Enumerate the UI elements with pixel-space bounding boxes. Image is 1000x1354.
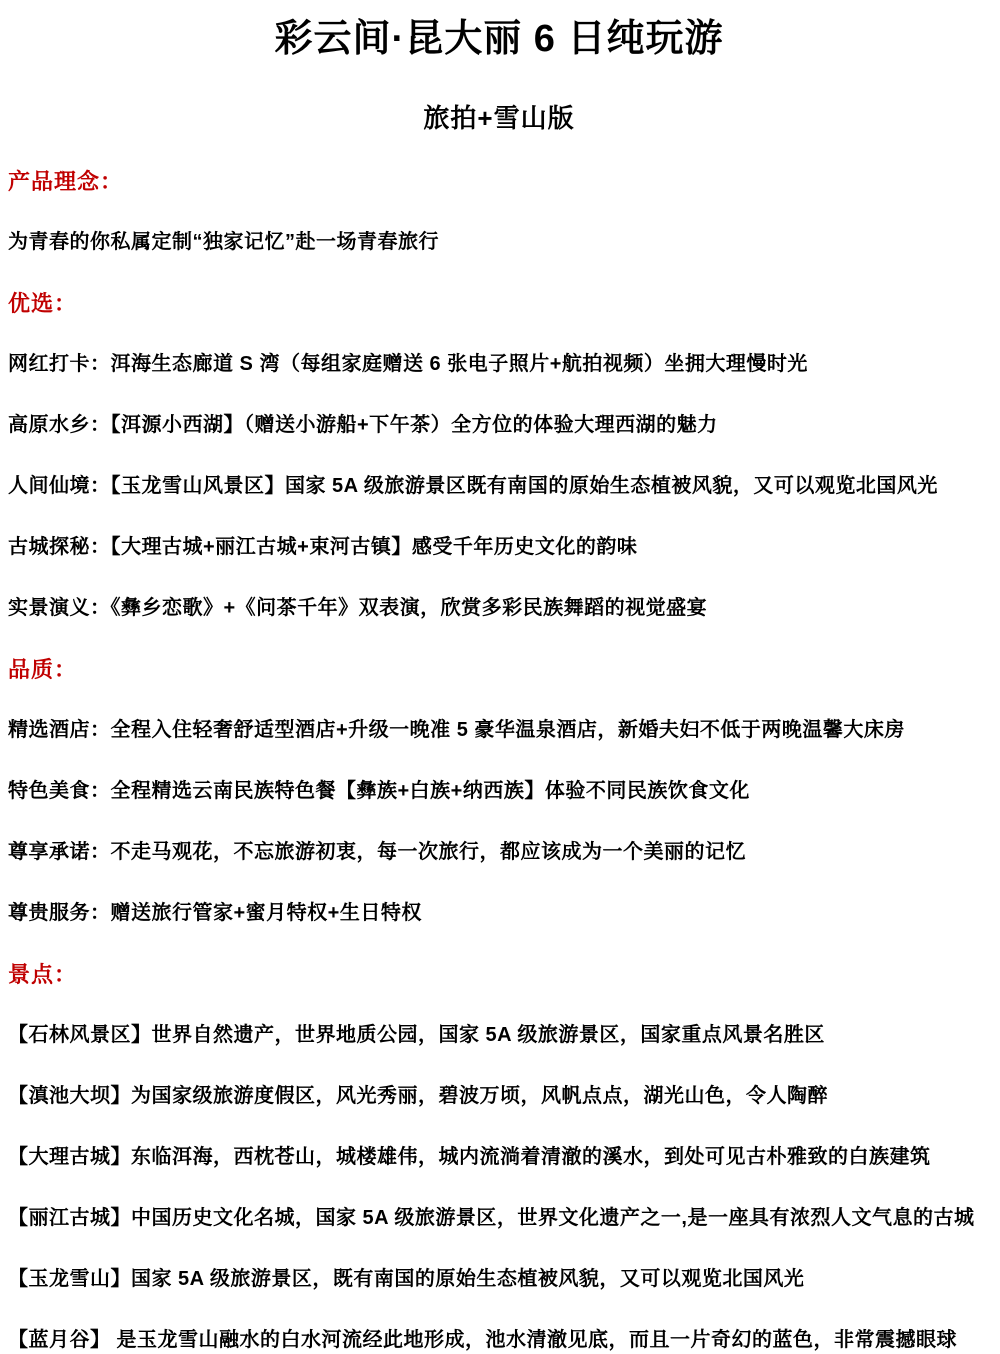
travel-itinerary-document: 彩云间·昆大丽 6 日纯玩游 旅拍+雪山版 产品理念： 为青春的你私属定制“独家… [0, 16, 1000, 1354]
paragraph-food: 特色美食：全程精选云南民族特色餐【彝族+白族+纳西族】体验不同民族饮食文化 [8, 778, 990, 805]
section-heading-attractions: 景点： [8, 961, 990, 988]
paragraph-concept: 为青春的你私属定制“独家记忆”赴一场青春旅行 [8, 229, 990, 256]
paragraph-stone-forest: 【石林风景区】世界自然遗产，世界地质公园，国家 5A 级旅游景区，国家重点风景名… [8, 1022, 990, 1049]
page-title: 彩云间·昆大丽 6 日纯玩游 [8, 16, 990, 62]
paragraph-lijiang-old-town: 【丽江古城】中国历史文化名城，国家 5A 级旅游景区，世界文化遗产之一,是一座具… [8, 1205, 990, 1232]
paragraph-jade-dragon-snow-mountain: 【玉龙雪山】国家 5A 级旅游景区，既有南国的原始生态植被风貌，又可以观览北国风… [8, 1266, 990, 1293]
paragraph-blue-moon-valley: 【蓝月谷】 是玉龙雪山融水的白水河流经此地形成，池水清澈见底，而且一片奇幻的蓝色… [8, 1327, 990, 1354]
section-heading-product-concept: 产品理念： [8, 168, 990, 195]
paragraph-dianchi-dam: 【滇池大坝】为国家级旅游度假区，风光秀丽，碧波万顷，风帆点点，湖光山色，令人陶醉 [8, 1083, 990, 1110]
paragraph-ancient-towns: 古城探秘：【大理古城+丽江古城+束河古镇】感受千年历史文化的韵味 [8, 534, 990, 561]
paragraph-live-shows: 实景演义：《彝乡恋歌》+《问茶千年》双表演，欣赏多彩民族舞蹈的视觉盛宴 [8, 595, 990, 622]
paragraph-vip-service: 尊贵服务：赠送旅行管家+蜜月特权+生日特权 [8, 900, 990, 927]
section-highlights: 优选： 网红打卡：洱海生态廊道 S 湾（每组家庭赠送 6 张电子照片+航拍视频）… [8, 290, 990, 622]
paragraph-promise: 尊享承诺：不走马观花，不忘旅游初衷，每一次旅行，都应该成为一个美丽的记忆 [8, 839, 990, 866]
paragraph-hotels: 精选酒店：全程入住轻奢舒适型酒店+升级一晚准 5 豪华温泉酒店，新婚夫妇不低于两… [8, 717, 990, 744]
section-heading-quality: 品质： [8, 656, 990, 683]
paragraph-water-town: 高原水乡：【洱源小西湖】（赠送小游船+下午茶）全方位的体验大理西湖的魅力 [8, 412, 990, 439]
section-product-concept: 产品理念： 为青春的你私属定制“独家记忆”赴一场青春旅行 [8, 168, 990, 256]
page-subtitle: 旅拍+雪山版 [8, 102, 990, 134]
paragraph-dali-old-town: 【大理古城】东临洱海，西枕苍山，城楼雄伟，城内流淌着清澈的溪水，到处可见古朴雅致… [8, 1144, 990, 1171]
section-quality: 品质： 精选酒店：全程入住轻奢舒适型酒店+升级一晚准 5 豪华温泉酒店，新婚夫妇… [8, 656, 990, 927]
section-heading-highlights: 优选： [8, 290, 990, 317]
section-attractions: 景点： 【石林风景区】世界自然遗产，世界地质公园，国家 5A 级旅游景区，国家重… [8, 961, 990, 1354]
paragraph-photo-spot: 网红打卡：洱海生态廊道 S 湾（每组家庭赠送 6 张电子照片+航拍视频）坐拥大理… [8, 351, 990, 378]
paragraph-fairyland: 人间仙境：【玉龙雪山风景区】国家 5A 级旅游景区既有南国的原始生态植被风貌，又… [8, 473, 990, 500]
